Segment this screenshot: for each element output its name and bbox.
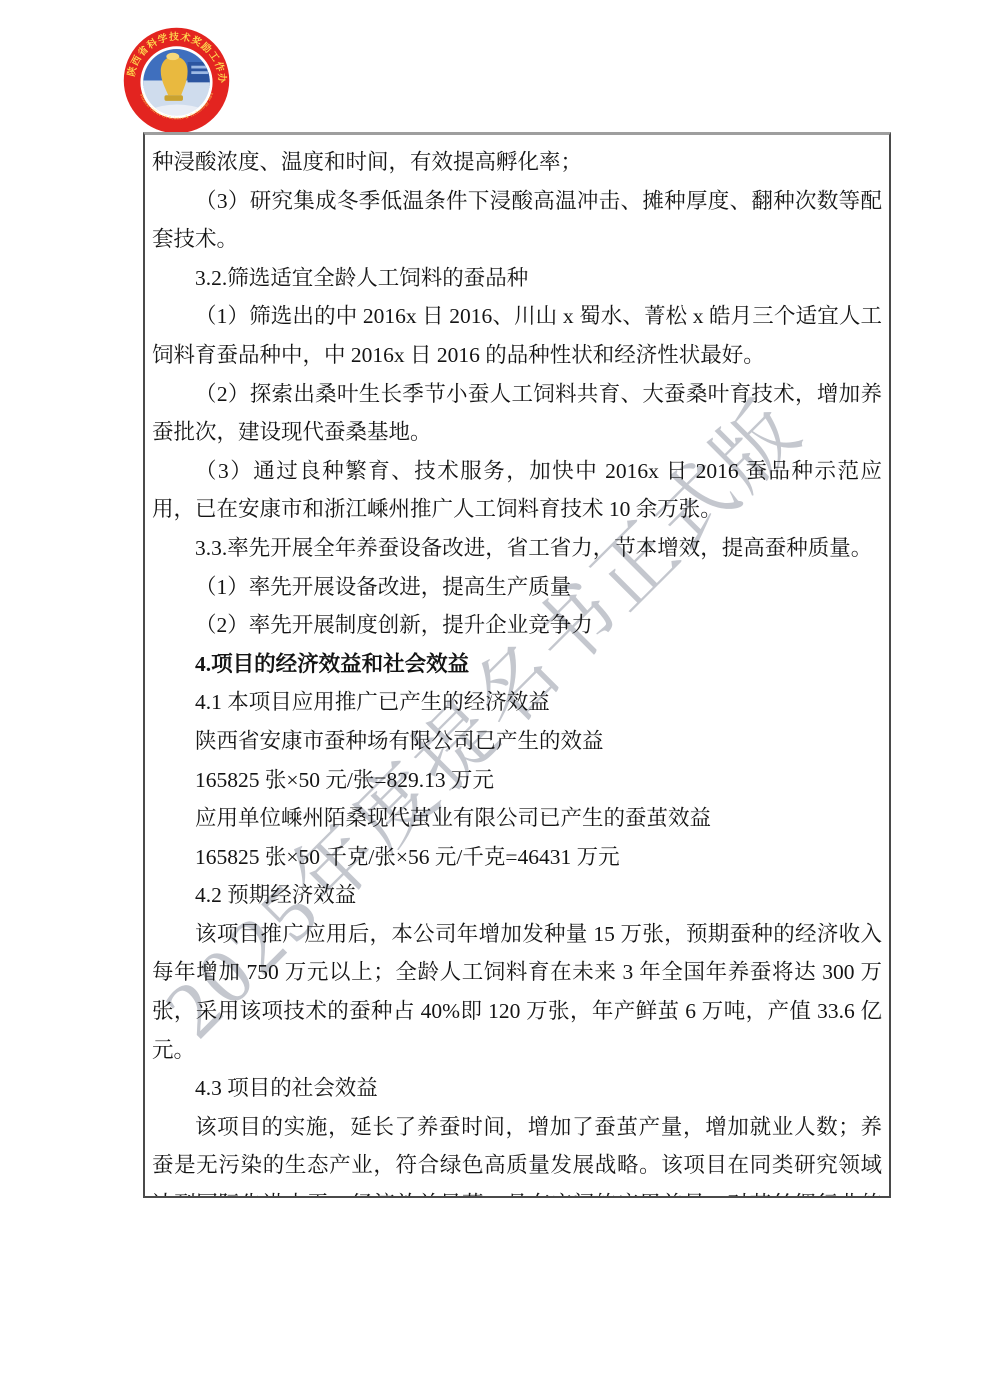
page: { "page": { "watermark": "2025年度提名书正式版",…: [0, 0, 990, 1399]
paragraph: 4.2 预期经济效益: [152, 876, 882, 915]
document-table-cell: 种浸酸浓度、温度和时间，有效提高孵化率；（3）研究集成冬季低温条件下浸酸高温冲击…: [143, 132, 891, 1198]
paragraph: 陕西省安康市蚕种场有限公司已产生的效益: [152, 722, 882, 761]
award-office-seal-icon: 陕西省科学技术奖励工作办公室 Shaanxi Office Of Science…: [121, 25, 232, 136]
paragraph: （2）探索出桑叶生长季节小蚕人工饲料共育、大蚕桑叶育技术，增加养蚕批次，建设现代…: [152, 375, 882, 452]
paragraph: 4.3 项目的社会效益: [152, 1069, 882, 1108]
paragraph: （3）研究集成冬季低温条件下浸酸高温冲击、摊种厚度、翻种次数等配套技术。: [152, 182, 882, 259]
paragraph: （1）率先开展设备改进，提高生产质量: [152, 568, 882, 607]
paragraph: 4.1 本项目应用推广已产生的经济效益: [152, 683, 882, 722]
paragraph: 3.3.率先开展全年养蚕设备改进，省工省力，节本增效，提高蚕种质量。: [152, 529, 882, 568]
paragraph: 3.2.筛选适宜全龄人工饲料的蚕品种: [152, 259, 882, 298]
paragraph: （3）通过良种繁育、技术服务，加快中 2016x 日 2016 蚕品种示范应用，…: [152, 452, 882, 529]
paragraph: 该项目的实施，延长了养蚕时间，增加了蚕茧产量，增加就业人数；养蚕是无污染的生态产…: [152, 1108, 882, 1196]
paragraph: （2）率先开展制度创新，提升企业竞争力: [152, 606, 882, 645]
paragraph: 该项目推广应用后，本公司年增加发种量 15 万张，预期蚕种的经济收入每年增加 7…: [152, 915, 882, 1069]
section-heading: 4.项目的经济效益和社会效益: [152, 645, 882, 684]
paragraph: （1）筛选出的中 2016x 日 2016、川山 x 蜀水、菁松 x 皓月三个适…: [152, 297, 882, 374]
award-office-seal: 陕西省科学技术奖励工作办公室 Shaanxi Office Of Science…: [121, 25, 232, 136]
paragraph: 165825 张×50 元/张=829.13 万元: [152, 761, 882, 800]
document-content: 种浸酸浓度、温度和时间，有效提高孵化率；（3）研究集成冬季低温条件下浸酸高温冲击…: [145, 135, 889, 1196]
paragraph: 应用单位嵊州陌桑现代茧业有限公司已产生的蚕茧效益: [152, 799, 882, 838]
paragraph: 165825 张×50 千克/张×56 元/千克=46431 万元: [152, 838, 882, 877]
paragraph: 种浸酸浓度、温度和时间，有效提高孵化率；: [152, 143, 882, 182]
